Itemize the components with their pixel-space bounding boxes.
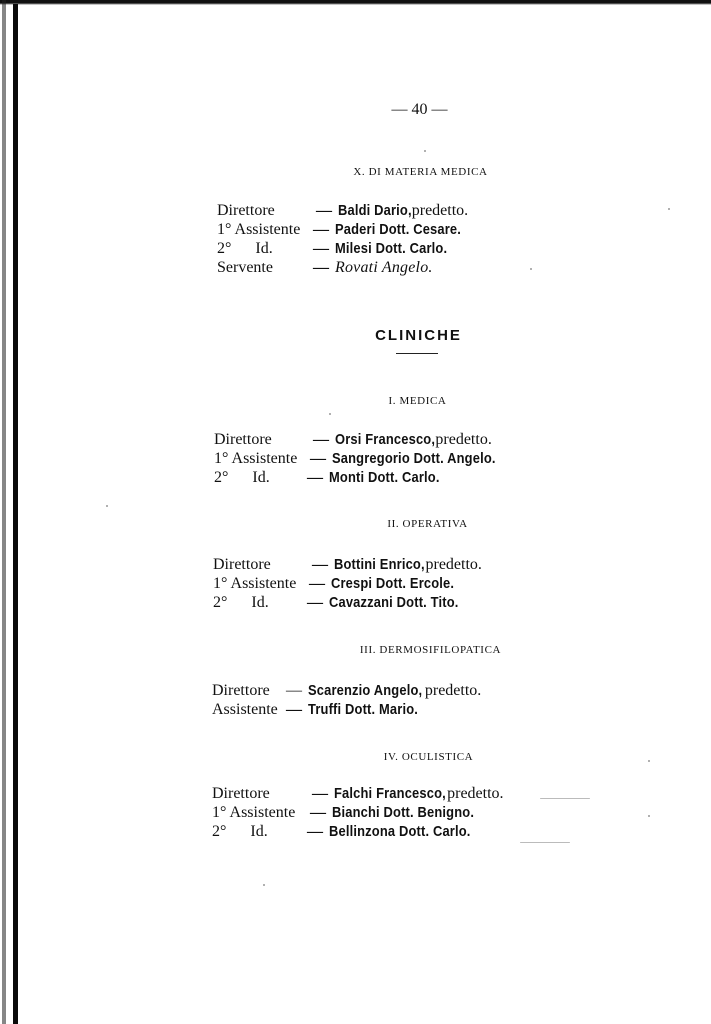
staff-name: Milesi Dott. Carlo. [335,239,447,258]
staff-name: Rovati Angelo. [335,258,433,277]
staff-row: Direttore — Bottini Enrico, predetto. [213,555,482,574]
staff-name: Cavazzani Dott. Tito. [329,593,459,612]
dash: — [286,681,302,700]
dash: — [309,574,325,593]
dash: — [313,239,329,258]
dash: — [310,803,326,822]
staff-row: Assistente — Truffi Dott. Mario. [212,700,481,719]
dash: — [312,555,328,574]
book-spine-shadow [2,0,6,1024]
page-top-edge [0,0,711,5]
scan-speck [530,268,532,270]
staff-row: 2° Id. — Milesi Dott. Carlo. [217,239,482,258]
dash: — [307,822,323,841]
page-number: — 40 — [0,101,711,119]
staff-name: Monti Dott. Carlo. [329,468,440,487]
staff-name: Bianchi Dott. Benigno. [332,803,474,822]
scan-speck [520,842,570,843]
staff-note: predetto. [425,681,481,700]
staff-list-medica: Direttore — Orsi Francesco, predetto. 1°… [214,430,522,487]
section-title-dermosifilopatica: III. DERMOSIFILOPATICA [0,644,711,656]
staff-note: predetto. [426,555,482,574]
staff-name: Orsi Francesco, [335,430,435,449]
staff-note: predetto. [435,430,491,449]
role-label: 2° Id. [214,468,307,487]
scan-speck [648,760,650,762]
dash: — [310,449,326,468]
role-label: 1° Assistente [213,574,309,593]
role-label: 2° Id. [217,239,313,258]
scan-speck [540,798,590,799]
dash: — [312,784,328,803]
staff-row: 2° Id. — Cavazzani Dott. Tito. [213,593,482,612]
staff-list-dermosifilopatica: Direttore — Scarenzio Angelo, predetto. … [212,681,481,719]
scan-speck [263,884,265,886]
staff-name: Truffi Dott. Mario. [308,700,418,719]
staff-list-oculistica: Direttore — Falchi Francesco, predetto. … [212,784,504,841]
staff-name: Bottini Enrico, [334,555,425,574]
dash: — [286,700,302,719]
section-title-materia-medica: X. DI MATERIA MEDICA [0,166,711,178]
staff-name: Sangregorio Dott. Angelo. [332,449,496,468]
book-spine-edge [13,4,18,1024]
heading-cliniche: CLINICHE [0,327,711,344]
scan-speck [329,413,331,415]
dash: — [316,201,332,220]
staff-row: 2° Id. — Bellinzona Dott. Carlo. [212,822,504,841]
staff-name: Crespi Dott. Ercole. [331,574,454,593]
role-label: 1° Assistente [214,449,310,468]
section-title-oculistica: IV. OCULISTICA [0,751,711,763]
role-label: Direttore [212,784,312,803]
staff-list-operativa: Direttore — Bottini Enrico, predetto. 1°… [213,555,482,612]
staff-name: Falchi Francesco, [334,784,446,803]
heading-underline [396,353,438,354]
role-label: 1° Assistente [217,220,313,239]
staff-row: Direttore — Falchi Francesco, predetto. [212,784,504,803]
role-label: Direttore [213,555,312,574]
role-label: Direttore [212,681,286,700]
staff-row: 1° Assistente — Bianchi Dott. Benigno. [212,803,504,822]
staff-name: Scarenzio Angelo, [308,681,422,700]
staff-row: 1° Assistente — Sangregorio Dott. Angelo… [214,449,522,468]
role-label: Direttore [214,430,313,449]
role-label: Direttore [217,201,316,220]
section-title-medica: I. MEDICA [0,395,711,407]
staff-row: 1° Assistente — Crespi Dott. Ercole. [213,574,482,593]
role-label: 1° Assistente [212,803,310,822]
role-label: 2° Id. [213,593,307,612]
staff-name: Baldi Dario, [338,201,412,220]
section-title-operativa: II. OPERATIVA [0,518,711,530]
staff-note: predetto. [412,201,468,220]
scan-speck [106,505,108,507]
staff-row: Direttore — Baldi Dario, predetto. [217,201,482,220]
dash: — [313,220,329,239]
dash: — [307,593,323,612]
dash: — [313,430,329,449]
dash: — [307,468,323,487]
staff-note: predetto. [447,784,503,803]
scan-speck [424,150,426,152]
staff-list-materia-medica: Direttore — Baldi Dario, predetto. 1° As… [217,201,482,277]
staff-row: 2° Id. — Monti Dott. Carlo. [214,468,522,487]
staff-row: Direttore — Scarenzio Angelo, predetto. [212,681,481,700]
staff-row: Servente — Rovati Angelo. [217,258,482,277]
staff-name: Paderi Dott. Cesare. [335,220,461,239]
role-label: 2° Id. [212,822,307,841]
staff-row: Direttore — Orsi Francesco, predetto. [214,430,522,449]
role-label: Servente [217,258,313,277]
role-label: Assistente [212,700,286,719]
scan-speck [668,208,670,210]
staff-name: Bellinzona Dott. Carlo. [329,822,471,841]
dash: — [313,258,329,277]
scan-speck [648,815,650,817]
staff-row: 1° Assistente — Paderi Dott. Cesare. [217,220,482,239]
